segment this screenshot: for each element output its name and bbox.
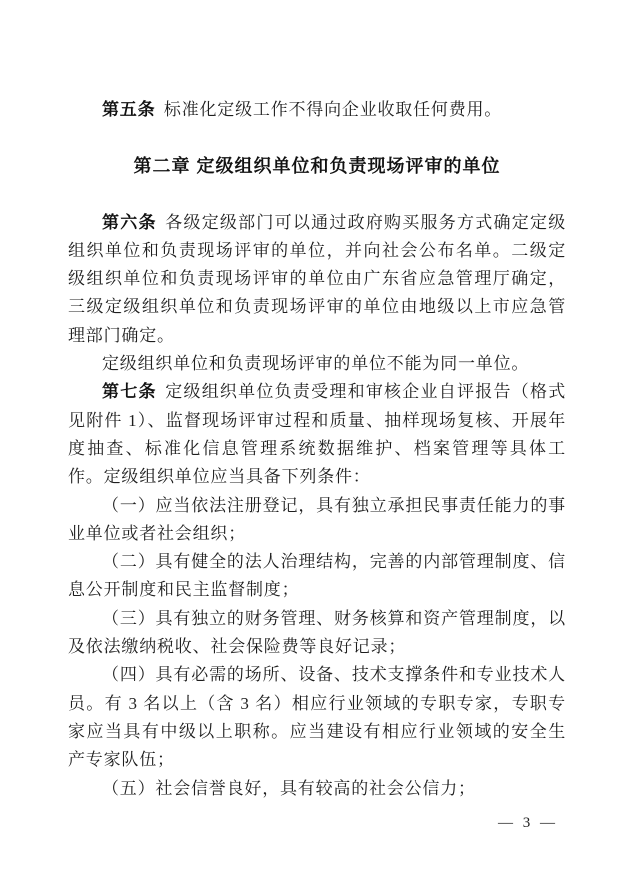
- article-paragraph: 第六条各级定级部门可以通过政府购买服务方式确定定级组织单位和负责现场评审的单位，…: [68, 209, 566, 350]
- article-number: 第五条: [102, 100, 155, 119]
- document-body: 第五条标准化定级工作不得向企业收取任何费用。第二章 定级组织单位和负责现场评审的…: [68, 96, 566, 803]
- article-number: 第七条: [102, 382, 157, 401]
- article-text: 各级定级部门可以通过政府购买服务方式确定定级组织单位和负责现场评审的单位，并向社…: [68, 213, 566, 345]
- body-paragraph: （二）具有健全的法人治理结构，完善的内部管理制度、信息公开制度和民主监督制度；: [68, 548, 566, 605]
- chapter-heading: 第二章 定级组织单位和负责现场评审的单位: [68, 152, 566, 180]
- article-text: 标准化定级工作不得向企业收取任何费用。: [164, 100, 502, 119]
- body-paragraph: （五）社会信誉良好，具有较高的社会公信力；: [68, 775, 566, 803]
- body-paragraph: 定级组织单位和负责现场评审的单位不能为同一单位。: [68, 350, 566, 378]
- body-paragraph: （四）具有必需的场所、设备、技术支撑条件和专业技术人员。有 3 名以上（含 3 …: [68, 661, 566, 774]
- body-paragraph: （一）应当依法注册登记，具有独立承担民事责任能力的事业单位或者社会组织；: [68, 492, 566, 549]
- document-page: 第五条标准化定级工作不得向企业收取任何费用。第二章 定级组织单位和负责现场评审的…: [0, 0, 630, 872]
- article-paragraph: 第五条标准化定级工作不得向企业收取任何费用。: [68, 96, 566, 124]
- page-number: — 3 —: [498, 815, 558, 832]
- article-paragraph: 第七条定级组织单位负责受理和审核企业自评报告（格式见附件 1）、监督现场评审过程…: [68, 378, 566, 491]
- body-paragraph: （三）具有独立的财务管理、财务核算和资产管理制度，以及依法缴纳税收、社会保险费等…: [68, 605, 566, 662]
- article-number: 第六条: [102, 213, 157, 232]
